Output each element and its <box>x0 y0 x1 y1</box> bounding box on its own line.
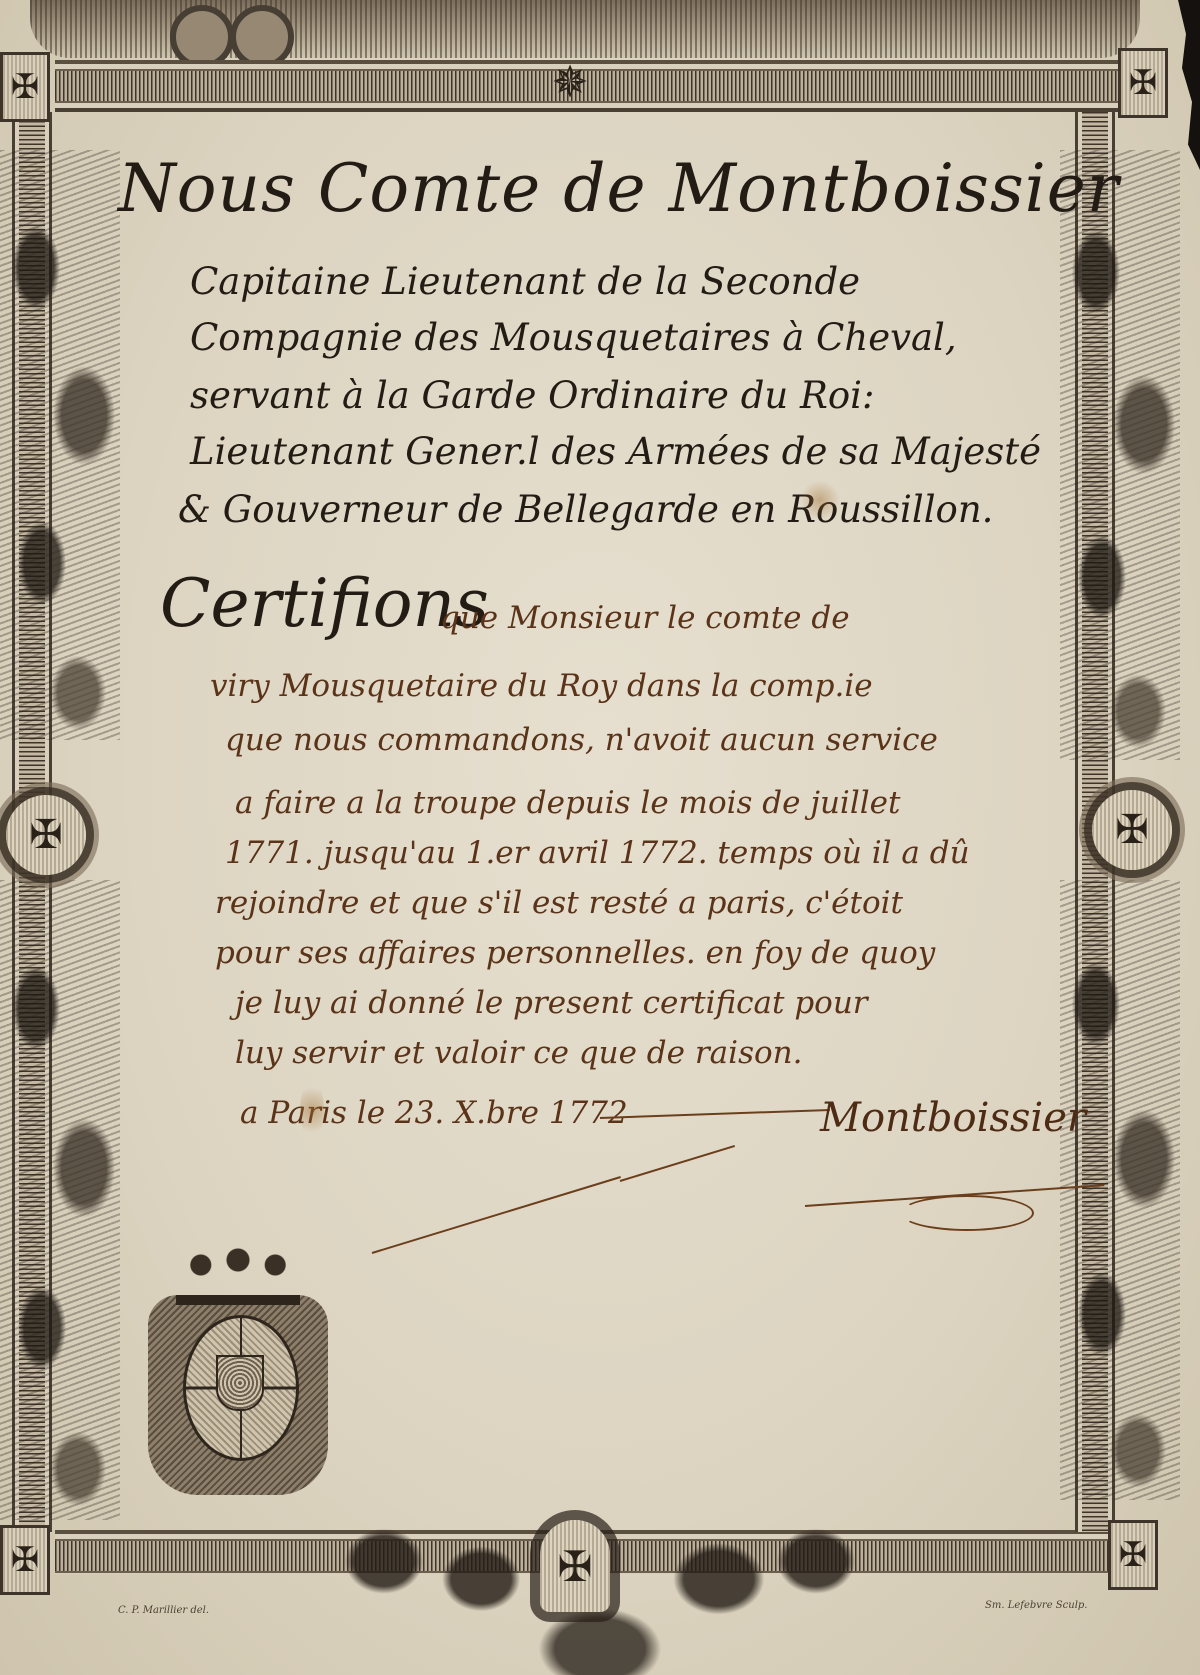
right-cross-medallion-icon: ✠ <box>1092 790 1172 870</box>
manuscript-line-2: viry Mousquetaire du Roy dans la comp.ie <box>210 668 873 704</box>
left-acanthus-garland-lower <box>0 880 120 1520</box>
engraved-line-5: & Gouverneur de Bellegarde en Roussillon… <box>178 488 993 531</box>
inescutcheon-icon <box>216 1355 264 1411</box>
manuscript-line-6: rejoindre et que s'il est resté a paris,… <box>215 885 903 921</box>
pen-flourish <box>372 1176 621 1254</box>
coronet-icon <box>176 1245 300 1305</box>
coat-of-arms <box>128 1245 348 1515</box>
date-underline-flourish <box>600 1109 830 1119</box>
cross-fleury-icon: ✠ <box>1108 1520 1158 1590</box>
manuscript-line-1: que Monsieur le comte de <box>440 600 850 636</box>
foxing-stain <box>300 1080 324 1140</box>
manuscript-line-8: je luy ai donné le present certificat po… <box>235 985 868 1021</box>
engraved-title: Nous Comte de Montboissier <box>118 150 1119 227</box>
foxing-stain <box>800 480 840 520</box>
cross-fleury-icon: ✠ <box>0 1525 50 1595</box>
engraved-line-2: Compagnie des Mousquetaires à Cheval, <box>190 316 957 359</box>
certificate-sheet: ✵ ✠ ✠ ✠ ✠ ✠ ✠ Nous Comte de Montboissier… <box>0 0 1200 1675</box>
manuscript-line-3: que nous commandons, n'avoit aucun servi… <box>225 722 938 758</box>
left-cross-medallion-icon: ✠ <box>6 795 86 875</box>
pen-flourish <box>620 1145 735 1182</box>
engraved-line-4: Lieutenant Gener.l des Armées de sa Maje… <box>190 430 1041 473</box>
manuscript-line-4: a faire a la troupe depuis le mois de ju… <box>235 785 900 821</box>
signature-paraph <box>900 1195 1034 1231</box>
cross-fleury-icon: ✠ <box>0 52 50 122</box>
date-line: a Paris le 23. X.bre 1772 <box>240 1095 628 1131</box>
manuscript-line-9: luy servir et valoir ce que de raison. <box>235 1035 802 1071</box>
order-star-icon: ✵ <box>548 52 592 112</box>
right-acanthus-garland-lower <box>1060 880 1180 1500</box>
top-crest-engraving <box>30 0 1140 58</box>
designer-credit: C. P. Marillier del. <box>118 1605 209 1616</box>
engraved-line-1: Capitaine Lieutenant de la Seconde <box>190 260 860 303</box>
cross-fleury-icon: ✠ <box>1118 48 1168 118</box>
bottom-cross-medallion-icon: ✠ <box>540 1520 610 1612</box>
engraver-credit: Sm. Lefebvre Sculp. <box>985 1600 1087 1611</box>
left-acanthus-garland-upper <box>0 150 120 740</box>
manuscript-line-7: pour ses affaires personnelles. en foy d… <box>215 935 935 971</box>
signature: Montboissier <box>820 1095 1086 1141</box>
manuscript-line-5: 1771. jusqu'au 1.er avril 1772. temps où… <box>225 835 970 871</box>
right-acanthus-garland-upper <box>1060 150 1180 760</box>
engraved-line-3: servant à la Garde Ordinaire du Roi: <box>190 374 874 417</box>
